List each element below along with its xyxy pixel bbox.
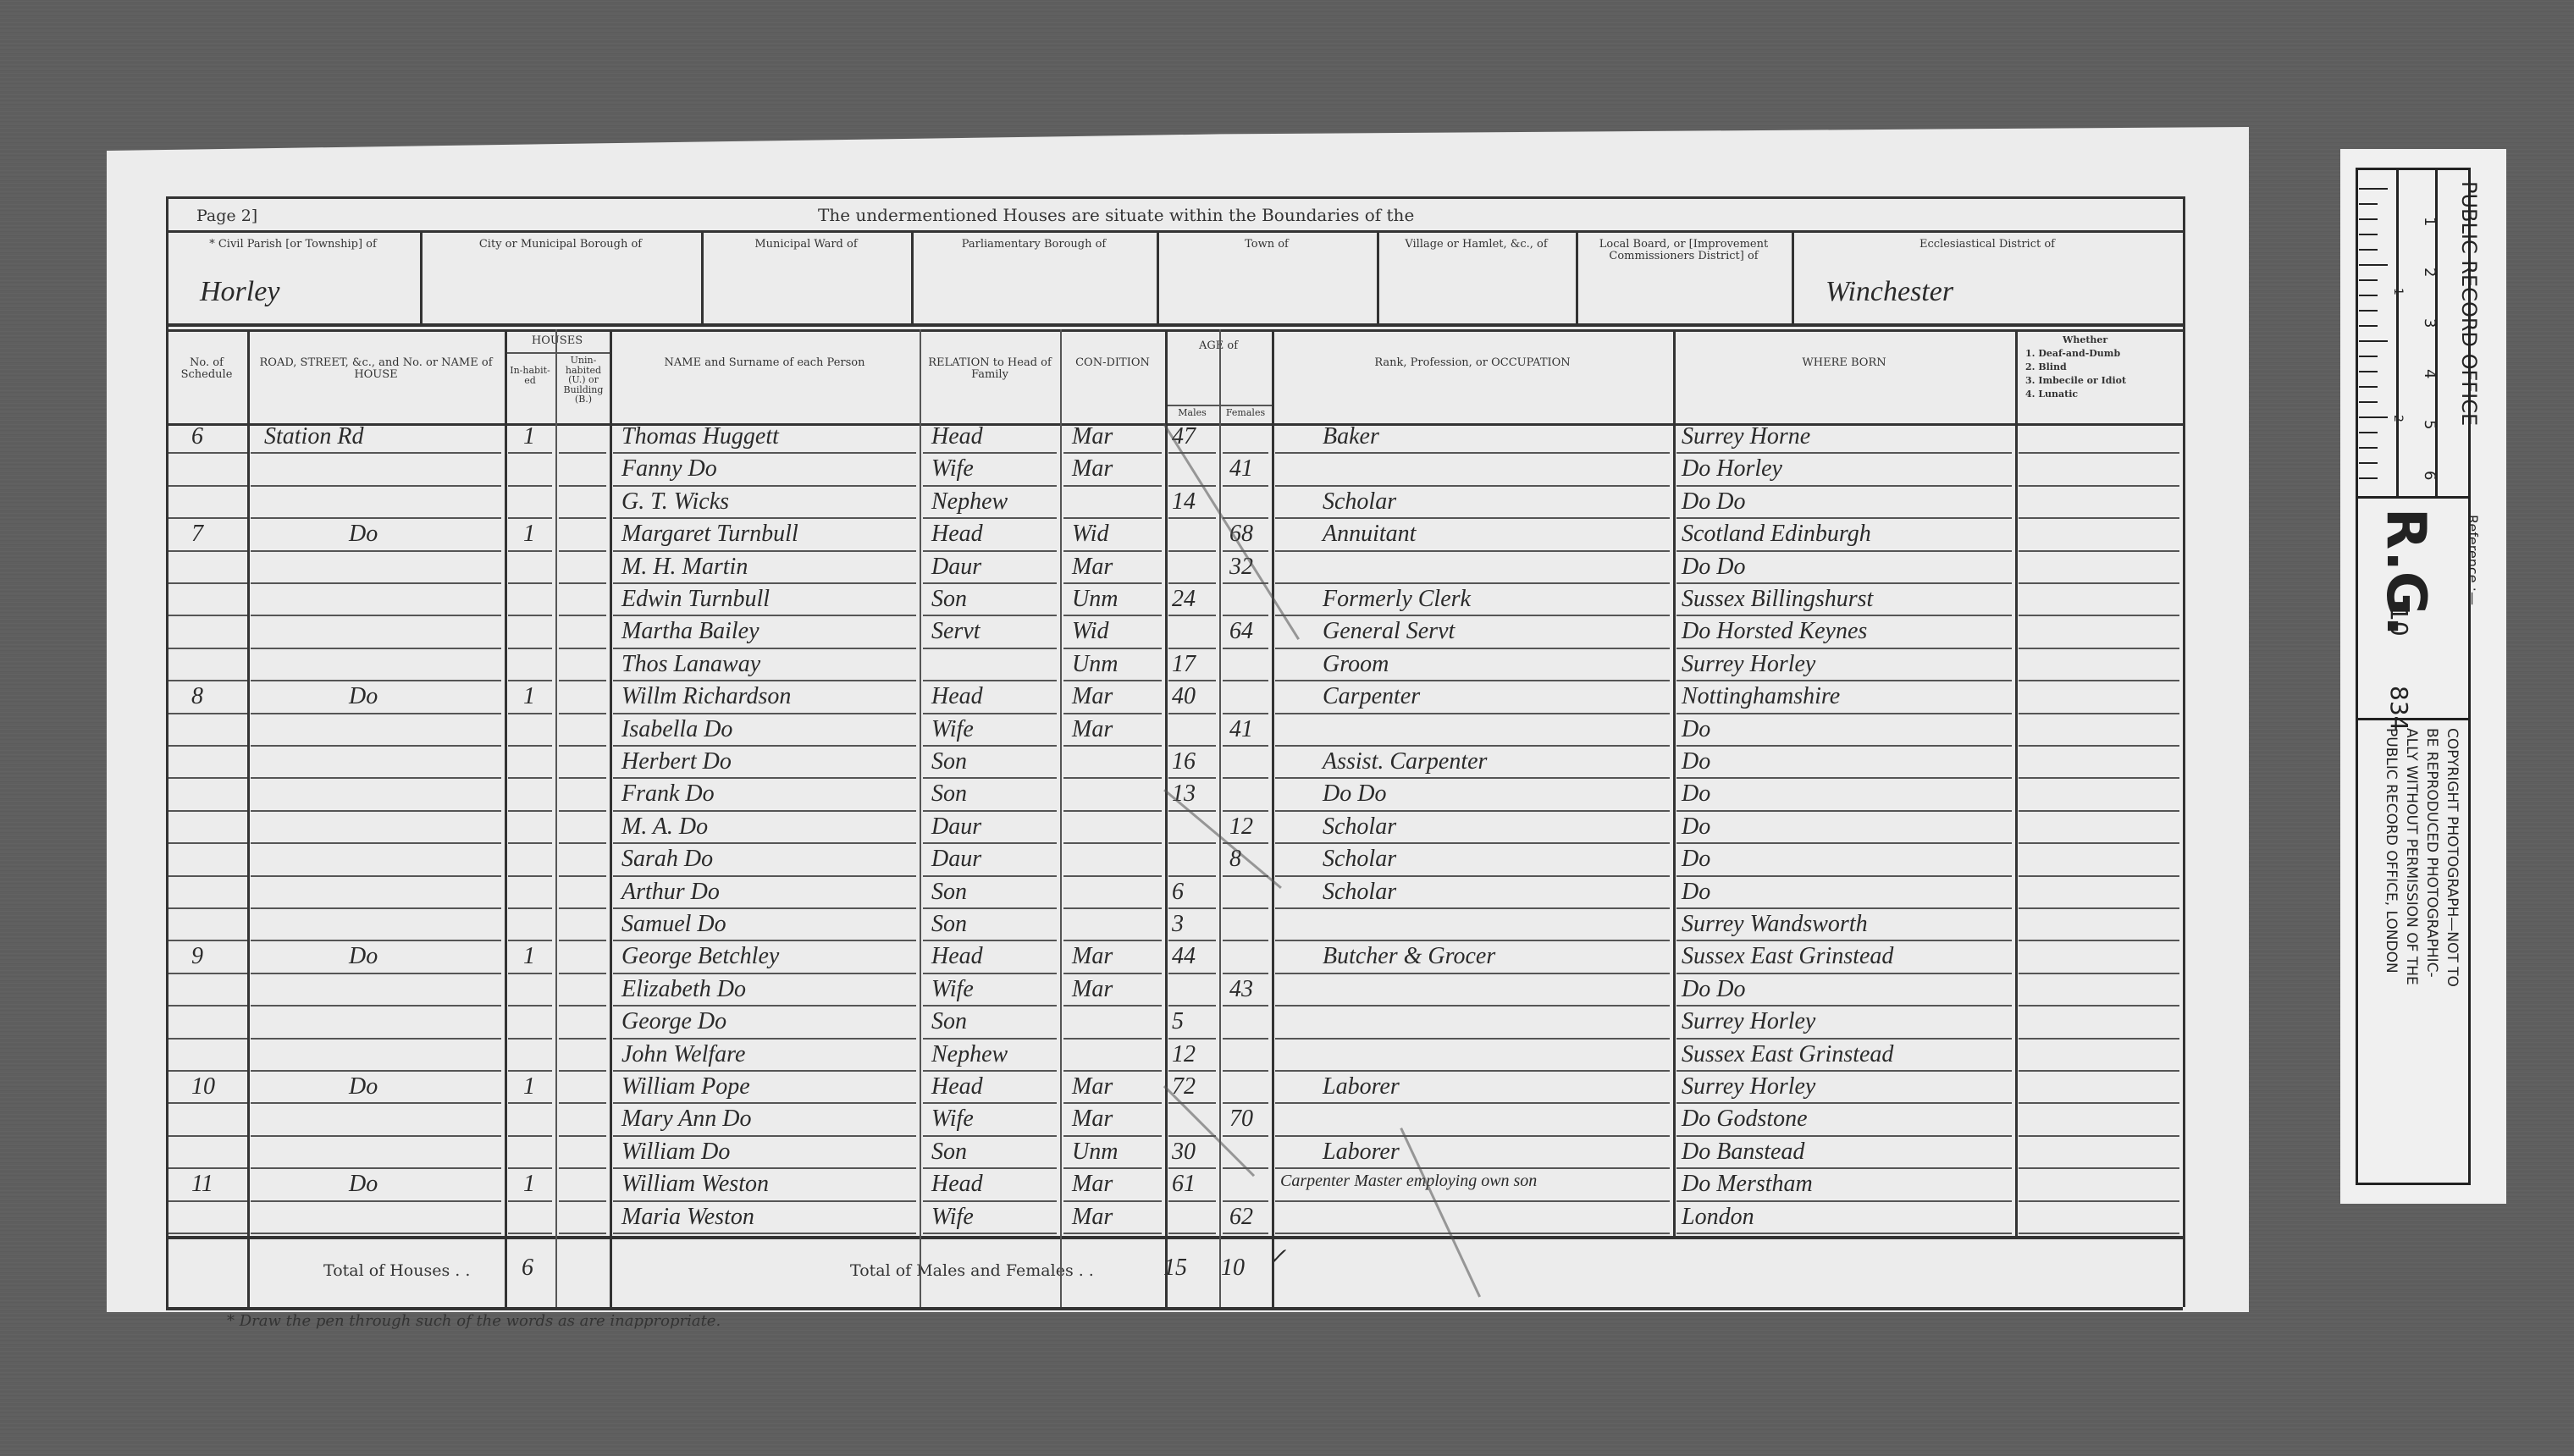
cell-name: Martha Bailey: [621, 620, 759, 643]
row-rule: [923, 842, 1057, 844]
cell-inh: 1: [523, 425, 535, 449]
table-row: G. T. WicksNephew14ScholarDo Do: [166, 488, 2183, 521]
row-rule: [613, 1038, 916, 1040]
row-rule: [923, 1005, 1057, 1007]
row-rule: [559, 517, 606, 519]
row-rule: [508, 452, 552, 454]
cell-cond: Wid: [1072, 620, 1109, 643]
cell-sch: 10: [191, 1075, 215, 1099]
cell-m: 30: [1172, 1140, 1196, 1164]
row-rule: [251, 648, 501, 649]
cell-born: Do: [1682, 718, 1710, 742]
table-row: Thos LanawayUnm17GroomSurrey Horley: [166, 651, 2183, 683]
row-rule: [923, 517, 1057, 519]
row-rule: [1168, 745, 1216, 747]
cell-occ: Formerly Clerk: [1323, 587, 1471, 611]
cell-rel: Servt: [931, 620, 980, 643]
column-rule: [2015, 329, 2018, 1236]
row-rule: [166, 777, 247, 779]
row-rule: [2019, 615, 2179, 616]
cell-name: Willm Richardson: [621, 685, 791, 709]
scale-tick: [2359, 325, 2378, 327]
row-rule: [1275, 1167, 1670, 1169]
row-rule: [166, 810, 247, 812]
column-header-rel: RELATION to Head of Family: [920, 357, 1060, 380]
cell-name: William Pope: [621, 1075, 750, 1099]
row-rule: [923, 615, 1057, 616]
row-rule: [1275, 517, 1670, 519]
row-rule: [1063, 1135, 1162, 1137]
row-rule: [1676, 1200, 2012, 1202]
row-rule: [1063, 1200, 1162, 1202]
table-row: George DoSon5Surrey Horley: [166, 1008, 2183, 1040]
cell-born: Nottinghamshire: [1682, 685, 1840, 709]
column-header-infirmity_2: 2. Blind: [2025, 362, 2067, 372]
cell-rel: Wife: [931, 457, 974, 481]
row-rule: [559, 875, 606, 877]
row-rule: [166, 907, 247, 909]
column-header-name: NAME and Surname of each Person: [610, 357, 920, 369]
row-rule: [1676, 940, 2012, 941]
row-rule: [559, 810, 606, 812]
cell-sch: 8: [191, 685, 203, 709]
row-rule: [1223, 745, 1268, 747]
scale-tick: [2359, 401, 2378, 403]
row-rule: [1275, 648, 1670, 649]
cell-road: Do: [349, 1172, 378, 1196]
table-row: M. A. DoDaur12ScholarDo: [166, 813, 2183, 846]
row-rule: [166, 452, 247, 454]
cell-m: 3: [1172, 913, 1184, 936]
row-rule: [613, 1200, 916, 1202]
row-rule: [508, 648, 552, 649]
cell-born: Surrey Horley: [1682, 653, 1815, 676]
cell-inh: 1: [523, 1172, 535, 1196]
cell-occ: Butcher & Grocer: [1323, 945, 1495, 968]
table-row: William DoSonUnm30LaborerDo Banstead: [166, 1139, 2183, 1171]
row-rule: [613, 517, 916, 519]
cell-born: Do Horley: [1682, 457, 1782, 481]
row-rule: [923, 810, 1057, 812]
cell-m: 40: [1172, 685, 1196, 709]
row-rule: [166, 615, 247, 616]
scale-tick: [2359, 477, 2378, 479]
row-rule: [1223, 517, 1268, 519]
cell-cond: Mar: [1072, 1107, 1113, 1131]
column-rule: [555, 329, 557, 1307]
cell-cond: Mar: [1072, 978, 1113, 1001]
row-rule: [923, 1038, 1057, 1040]
cell-name: William Do: [621, 1140, 730, 1164]
row-rule: [1275, 1102, 1670, 1104]
scale-tick: [2359, 203, 2378, 205]
scale-tick: [2359, 416, 2388, 418]
row-rule: [1063, 940, 1162, 941]
row-rule: [1223, 1233, 1268, 1234]
row-rule: [1275, 1200, 1670, 1202]
row-rule: [508, 745, 552, 747]
row-rule: [1275, 1233, 1670, 1234]
row-rule: [1168, 1038, 1216, 1040]
check-mark: ✓: [1267, 1246, 1286, 1270]
form-left-border: [166, 196, 168, 1307]
cell-name: Arthur Do: [621, 880, 720, 904]
cell-name: Thos Lanaway: [621, 653, 760, 676]
row-rule: [923, 1102, 1057, 1104]
cell-occ: Laborer: [1323, 1075, 1400, 1099]
row-rule: [2019, 1005, 2179, 1007]
row-rule: [1063, 973, 1162, 974]
row-rule: [1676, 485, 2012, 487]
cell-inh: 1: [523, 945, 535, 968]
row-rule: [508, 1038, 552, 1040]
row-rule: [166, 1167, 247, 1169]
cell-name: George Betchley: [621, 945, 779, 968]
row-rule: [1063, 452, 1162, 454]
cell-rel: Son: [931, 1010, 967, 1034]
table-row: Edwin TurnbullSonUnm24Formerly ClerkSuss…: [166, 586, 2183, 618]
form-heading: The undermentioned Houses are situate wi…: [818, 207, 1414, 224]
row-rule: [508, 485, 552, 487]
cell-m: 6: [1172, 880, 1184, 904]
row-rule: [1676, 1005, 2012, 1007]
row-rule: [923, 875, 1057, 877]
row-rule: [508, 940, 552, 941]
row-rule: [251, 875, 501, 877]
copyright-notice-line: COPYRIGHT PHOTOGRAPH—NOT TO: [2444, 728, 2461, 987]
boundary-label: Local Board, or [Improvement Commissione…: [1576, 239, 1792, 262]
cell-occ: Assist. Carpenter: [1323, 750, 1487, 774]
houses-rule: [505, 352, 610, 354]
row-rule: [166, 517, 247, 519]
row-rule: [1275, 973, 1670, 974]
column-header-road: ROAD, STREET, &c., and No. or NAME of HO…: [247, 357, 505, 380]
row-rule: [1063, 1233, 1162, 1234]
row-rule: [166, 875, 247, 877]
cell-born: Do Do: [1682, 978, 1745, 1001]
cell-born: Do: [1682, 847, 1710, 871]
cell-born: Sussex East Grinstead: [1682, 1043, 1893, 1067]
row-rule: [1063, 615, 1162, 616]
boundary-value: Winchester: [1826, 278, 1953, 306]
cell-cond: Mar: [1072, 425, 1113, 449]
row-rule: [1063, 550, 1162, 552]
row-rule: [1676, 1233, 2012, 1234]
row-rule: [1275, 810, 1670, 812]
column-header-born: WHERE BORN: [1673, 357, 2015, 369]
row-rule: [1676, 582, 2012, 584]
cell-name: Samuel Do: [621, 913, 726, 936]
row-rule: [508, 777, 552, 779]
row-rule: [166, 550, 247, 552]
row-rule: [613, 777, 916, 779]
row-rule: [559, 582, 606, 584]
row-rule: [613, 973, 916, 974]
scale-tick: [2359, 188, 2388, 190]
row-rule: [1063, 582, 1162, 584]
row-rule: [923, 582, 1057, 584]
form-right-border: [2183, 196, 2185, 1307]
cell-road: Do: [349, 685, 378, 709]
cell-m: 17: [1172, 653, 1196, 676]
cell-rel: Son: [931, 750, 967, 774]
cell-name: Fanny Do: [621, 457, 717, 481]
cell-born: Surrey Horley: [1682, 1075, 1815, 1099]
row-rule: [1223, 1200, 1268, 1202]
row-rule: [251, 485, 501, 487]
row-rule: [923, 940, 1057, 941]
row-rule: [1676, 1167, 2012, 1169]
column-rule: [1219, 329, 1221, 1307]
row-rule: [251, 1005, 501, 1007]
row-rule: [166, 1135, 247, 1137]
age-rule: [1165, 405, 1272, 406]
row-rule: [559, 648, 606, 649]
row-rule: [1275, 485, 1670, 487]
row-rule: [1168, 680, 1216, 681]
table-row: 8Do1Willm RichardsonHeadMar40CarpenterNo…: [166, 683, 2183, 715]
row-rule: [923, 1233, 1057, 1234]
row-rule: [1223, 810, 1268, 812]
cell-name: Margaret Turnbull: [621, 522, 798, 546]
boundary-value: Horley: [200, 278, 279, 306]
row-rule: [251, 1038, 501, 1040]
cell-born: Sussex Billingshurst: [1682, 587, 1873, 611]
cell-m: 44: [1172, 945, 1196, 968]
column-header-females: Females: [1219, 408, 1272, 418]
cell-name: M. H. Martin: [621, 555, 748, 579]
row-rule: [559, 842, 606, 844]
row-rule: [1676, 1038, 2012, 1040]
row-rule: [2019, 1135, 2179, 1137]
row-rule: [1168, 1233, 1216, 1234]
row-rule: [1275, 1038, 1670, 1040]
row-rule: [559, 1005, 606, 1007]
cell-sch: 9: [191, 945, 203, 968]
cell-f: 41: [1229, 457, 1253, 481]
row-rule: [923, 713, 1057, 714]
row-rule: [613, 1005, 916, 1007]
row-rule: [508, 973, 552, 974]
row-rule: [2019, 713, 2179, 714]
row-rule: [1063, 745, 1162, 747]
row-rule: [251, 582, 501, 584]
table-row: 9Do1George BetchleyHeadMar44Butcher & Gr…: [166, 943, 2183, 975]
row-rule: [1275, 842, 1670, 844]
row-rule: [1168, 582, 1216, 584]
scale-tick: [2359, 264, 2388, 266]
scale-tick: [2359, 310, 2378, 312]
cell-occ: Laborer: [1323, 1140, 1400, 1164]
table-row: Arthur DoSon6ScholarDo: [166, 879, 2183, 911]
row-rule: [251, 1233, 501, 1234]
scale-tick: [2359, 356, 2378, 357]
row-rule: [508, 1135, 552, 1137]
cell-occ: Carpenter Master employing own son: [1280, 1172, 1537, 1189]
cell-name: George Do: [621, 1010, 726, 1034]
scale-tick: [2359, 295, 2378, 296]
row-rule: [923, 648, 1057, 649]
cell-cond: Unm: [1072, 653, 1118, 676]
row-rule: [166, 1233, 247, 1234]
row-rule: [251, 810, 501, 812]
row-rule: [559, 550, 606, 552]
cell-occ: Baker: [1323, 425, 1379, 449]
row-rule: [613, 550, 916, 552]
row-rule: [1223, 1102, 1268, 1104]
row-rule: [166, 940, 247, 941]
row-rule: [251, 745, 501, 747]
row-rule: [1223, 648, 1268, 649]
row-rule: [1063, 810, 1162, 812]
row-rule: [559, 1167, 606, 1169]
row-rule: [1275, 680, 1670, 681]
column-rule: [1673, 329, 1676, 1236]
cell-cond: Mar: [1072, 555, 1113, 579]
table-row: John WelfareNephew12Sussex East Grinstea…: [166, 1041, 2183, 1073]
row-rule: [508, 842, 552, 844]
cell-road: Do: [349, 522, 378, 546]
cell-sch: 11: [191, 1172, 213, 1196]
cell-born: Do: [1682, 750, 1710, 774]
row-rule: [1223, 452, 1268, 454]
row-rule: [923, 680, 1057, 681]
row-rule: [1223, 1070, 1268, 1072]
row-rule: [2019, 973, 2179, 974]
row-rule: [613, 1135, 916, 1137]
row-rule: [923, 973, 1057, 974]
row-rule: [613, 485, 916, 487]
scale-divider: [2435, 169, 2438, 496]
column-header-occ: Rank, Profession, or OCCUPATION: [1272, 357, 1673, 369]
row-rule: [1223, 907, 1268, 909]
row-rule: [1676, 517, 2012, 519]
row-rule: [1275, 940, 1670, 941]
row-rule: [1063, 1102, 1162, 1104]
row-rule: [1275, 582, 1670, 584]
cell-rel: Nephew: [931, 490, 1008, 514]
footnote: * Draw the pen through such of the words…: [227, 1314, 721, 1330]
row-rule: [1063, 485, 1162, 487]
row-rule: [613, 875, 916, 877]
row-rule: [1676, 648, 2012, 649]
row-rule: [251, 1200, 501, 1202]
row-rule: [613, 680, 916, 681]
cell-born: Do: [1682, 782, 1710, 806]
row-rule: [251, 615, 501, 616]
cell-rel: Wife: [931, 1205, 974, 1229]
cell-born: Sussex East Grinstead: [1682, 945, 1893, 968]
row-rule: [166, 1005, 247, 1007]
scale-tick: [2359, 447, 2378, 449]
row-rule: [1676, 1070, 2012, 1072]
row-rule: [251, 842, 501, 844]
boundary-label: Ecclesiastical District of: [1792, 239, 2183, 251]
cell-cond: Unm: [1072, 1140, 1118, 1164]
row-rule: [1275, 1005, 1670, 1007]
row-rule: [2019, 517, 2179, 519]
cell-cond: Unm: [1072, 587, 1118, 611]
cell-m: 24: [1172, 587, 1196, 611]
row-rule: [251, 680, 501, 681]
cell-f: 64: [1229, 620, 1253, 643]
table-row: Fanny DoWifeMar41Do Horley: [166, 455, 2183, 488]
column-header-infirmity_3: 3. Imbecile or Idiot: [2025, 376, 2126, 386]
row-rule: [508, 517, 552, 519]
row-rule: [1275, 777, 1670, 779]
row-rule: [1063, 842, 1162, 844]
scale-divider: [2396, 169, 2399, 496]
column-rule: [610, 329, 612, 1307]
row-rule: [2019, 550, 2179, 552]
row-rule: [1168, 1005, 1216, 1007]
cell-sch: 6: [191, 425, 203, 449]
row-rule: [1168, 485, 1216, 487]
cell-name: Thomas Huggett: [621, 425, 779, 449]
row-rule: [559, 680, 606, 681]
cell-inh: 1: [523, 1075, 535, 1099]
row-rule: [559, 615, 606, 616]
cell-sch: 7: [191, 522, 203, 546]
row-rule: [1168, 713, 1216, 714]
cell-born: Do Do: [1682, 490, 1745, 514]
cell-born: Surrey Horne: [1682, 425, 1810, 449]
table-row: M. H. MartinDaurMar32Do Do: [166, 554, 2183, 586]
row-rule: [1676, 1102, 2012, 1104]
record-office-frame: [2356, 168, 2471, 1185]
cell-rel: Nephew: [931, 1043, 1008, 1067]
cell-cond: Mar: [1072, 945, 1113, 968]
total-houses-value: 6: [522, 1256, 533, 1280]
row-rule: [251, 1102, 501, 1104]
cell-born: Surrey Horley: [1682, 1010, 1815, 1034]
row-rule: [2019, 452, 2179, 454]
cell-m: 5: [1172, 1010, 1184, 1034]
row-rule: [559, 485, 606, 487]
cell-rel: Head: [931, 945, 983, 968]
cell-rel: Son: [931, 587, 967, 611]
cell-m: 12: [1172, 1043, 1196, 1067]
column-rule: [920, 329, 921, 1307]
row-rule: [1676, 615, 2012, 616]
page-label: Page 2]: [196, 208, 257, 225]
cell-inh: 1: [523, 685, 535, 709]
column-header-infirmity_title: Whether: [2063, 335, 2107, 345]
row-rule: [1168, 615, 1216, 616]
row-rule: [166, 648, 247, 649]
row-rule: [251, 1135, 501, 1137]
total-persons-label: Total of Males and Females . .: [850, 1263, 1094, 1280]
row-rule: [923, 1200, 1057, 1202]
strip-divider: [2356, 496, 2469, 499]
row-rule: [1168, 1070, 1216, 1072]
cell-rel: Wife: [931, 978, 974, 1001]
table-row: Herbert DoSon16Assist. CarpenterDo: [166, 748, 2183, 780]
row-rule: [923, 1070, 1057, 1072]
cell-name: Herbert Do: [621, 750, 732, 774]
cell-name: G. T. Wicks: [621, 490, 729, 514]
row-rule: [613, 940, 916, 941]
row-rule: [2019, 1200, 2179, 1202]
row-rule: [508, 550, 552, 552]
row-rule: [508, 680, 552, 681]
cell-rel: Son: [931, 782, 967, 806]
scale-tick: [2359, 432, 2378, 433]
cell-born: Do Do: [1682, 555, 1745, 579]
scale-tick: [2359, 462, 2378, 464]
copyright-notice-line: PUBLIC RECORD OFFICE, LONDON: [2383, 728, 2400, 973]
row-rule: [923, 907, 1057, 909]
